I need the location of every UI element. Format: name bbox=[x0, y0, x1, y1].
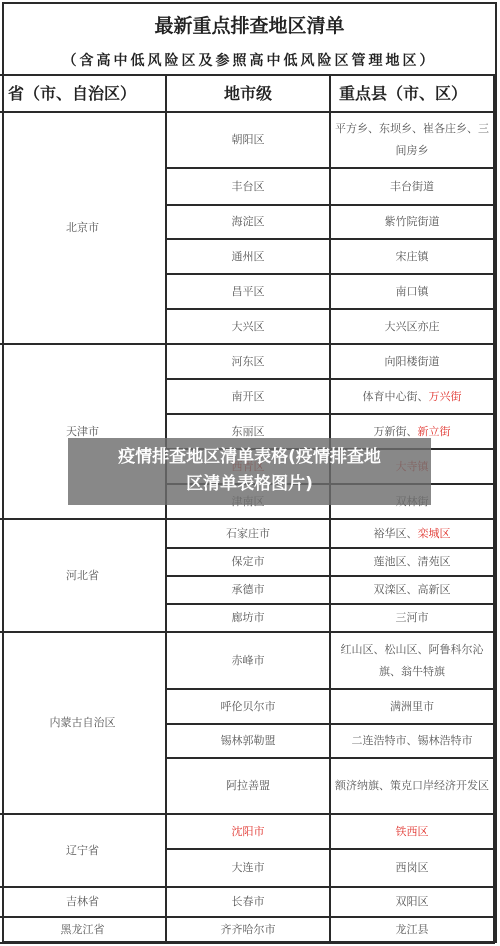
province-cell: 河北省 bbox=[0, 519, 166, 632]
city-cell: 大连市 bbox=[166, 849, 330, 887]
table-row: 天津市 河东区 向阳楼街道 bbox=[0, 344, 494, 379]
city-cell: 朝阳区 bbox=[166, 112, 330, 168]
city-cell: 大兴区 bbox=[166, 309, 330, 344]
county-cell: 宋庄镇 bbox=[330, 239, 494, 274]
city-cell: 昌平区 bbox=[166, 274, 330, 309]
county-cell: 三河市 bbox=[330, 604, 494, 632]
city-cell: 沈阳市 bbox=[166, 814, 330, 849]
county-cell: 向阳楼街道 bbox=[330, 344, 494, 379]
city-cell: 南开区 bbox=[166, 379, 330, 414]
caption-line-1: 疫情排查地区清单表格(疫情排查地 bbox=[68, 444, 431, 471]
table-header-row: 省（市、自治区） 地市级 重点县（市、区） bbox=[0, 75, 494, 112]
county-cell: 丰台街道 bbox=[330, 168, 494, 205]
table-row: 北京市 朝阳区 平方乡、东坝乡、崔各庄乡、三间房乡 bbox=[0, 112, 494, 168]
caption-line-2: 区清单表格图片) bbox=[68, 471, 431, 498]
county-cell: 大兴区亦庄 bbox=[330, 309, 494, 344]
county-cell: 二连浩特市、锡林浩特市 bbox=[330, 724, 494, 758]
table-row: 黑龙江省 齐齐哈尔市 龙江县 bbox=[0, 917, 494, 943]
county-text-highlight: 万兴街 bbox=[429, 390, 462, 403]
county-cell: 双阳区 bbox=[330, 887, 494, 917]
column-header-province: 省（市、自治区） bbox=[0, 75, 166, 112]
city-cell: 河东区 bbox=[166, 344, 330, 379]
county-text: 万新街、 bbox=[374, 425, 418, 438]
county-text-highlight: 新立街 bbox=[418, 425, 451, 438]
county-text: 体育中心街、 bbox=[363, 390, 429, 403]
county-cell: 裕华区、栾城区 bbox=[330, 519, 494, 548]
county-cell: 莲池区、清苑区 bbox=[330, 548, 494, 576]
county-text-highlight: 栾城区 bbox=[418, 527, 451, 540]
table-row: 辽宁省 沈阳市 铁西区 bbox=[0, 814, 494, 849]
column-header-county: 重点县（市、区） bbox=[330, 75, 494, 112]
city-cell: 丰台区 bbox=[166, 168, 330, 205]
county-cell: 平方乡、东坝乡、崔各庄乡、三间房乡 bbox=[330, 112, 494, 168]
province-cell: 内蒙古自治区 bbox=[0, 632, 166, 814]
province-cell: 黑龙江省 bbox=[0, 917, 166, 943]
table-row: 内蒙古自治区 赤峰市 红山区、松山区、阿鲁科尔沁旗、翁牛特旗 bbox=[0, 632, 494, 689]
county-cell: 体育中心街、万兴街 bbox=[330, 379, 494, 414]
region-table: 省（市、自治区） 地市级 重点县（市、区） 北京市 朝阳区 平方乡、东坝乡、崔各… bbox=[0, 74, 495, 944]
county-cell: 南口镇 bbox=[330, 274, 494, 309]
column-header-city: 地市级 bbox=[166, 75, 330, 112]
city-cell: 通州区 bbox=[166, 239, 330, 274]
province-cell: 北京市 bbox=[0, 112, 166, 344]
county-cell: 额济纳旗、策克口岸经济开发区 bbox=[330, 758, 494, 814]
city-cell: 齐齐哈尔市 bbox=[166, 917, 330, 943]
document-title: 最新重点排查地区清单 bbox=[4, 4, 495, 42]
city-cell: 石家庄市 bbox=[166, 519, 330, 548]
city-cell: 阿拉善盟 bbox=[166, 758, 330, 814]
county-cell: 紫竹院街道 bbox=[330, 205, 494, 239]
city-cell: 海淀区 bbox=[166, 205, 330, 239]
county-text: 裕华区、 bbox=[374, 527, 418, 540]
county-cell: 龙江县 bbox=[330, 917, 494, 943]
province-cell: 吉林省 bbox=[0, 887, 166, 917]
county-cell: 满洲里市 bbox=[330, 689, 494, 724]
province-cell: 辽宁省 bbox=[0, 814, 166, 887]
county-cell: 红山区、松山区、阿鲁科尔沁旗、翁牛特旗 bbox=[330, 632, 494, 689]
county-cell: 铁西区 bbox=[330, 814, 494, 849]
table-row: 吉林省 长春市 双阳区 bbox=[0, 887, 494, 917]
document-subtitle: （含高中低风险区及参照高中低风险区管理地区） bbox=[4, 46, 495, 76]
city-cell: 呼伦贝尔市 bbox=[166, 689, 330, 724]
city-cell: 承德市 bbox=[166, 576, 330, 604]
city-cell: 长春市 bbox=[166, 887, 330, 917]
table-row: 河北省 石家庄市 裕华区、栾城区 bbox=[0, 519, 494, 548]
county-cell: 西岗区 bbox=[330, 849, 494, 887]
city-cell: 赤峰市 bbox=[166, 632, 330, 689]
city-cell: 保定市 bbox=[166, 548, 330, 576]
county-cell: 双滦区、高新区 bbox=[330, 576, 494, 604]
city-cell: 廊坊市 bbox=[166, 604, 330, 632]
caption-overlay: 疫情排查地区清单表格(疫情排查地 区清单表格图片) bbox=[68, 438, 431, 505]
city-cell: 锡林郭勒盟 bbox=[166, 724, 330, 758]
